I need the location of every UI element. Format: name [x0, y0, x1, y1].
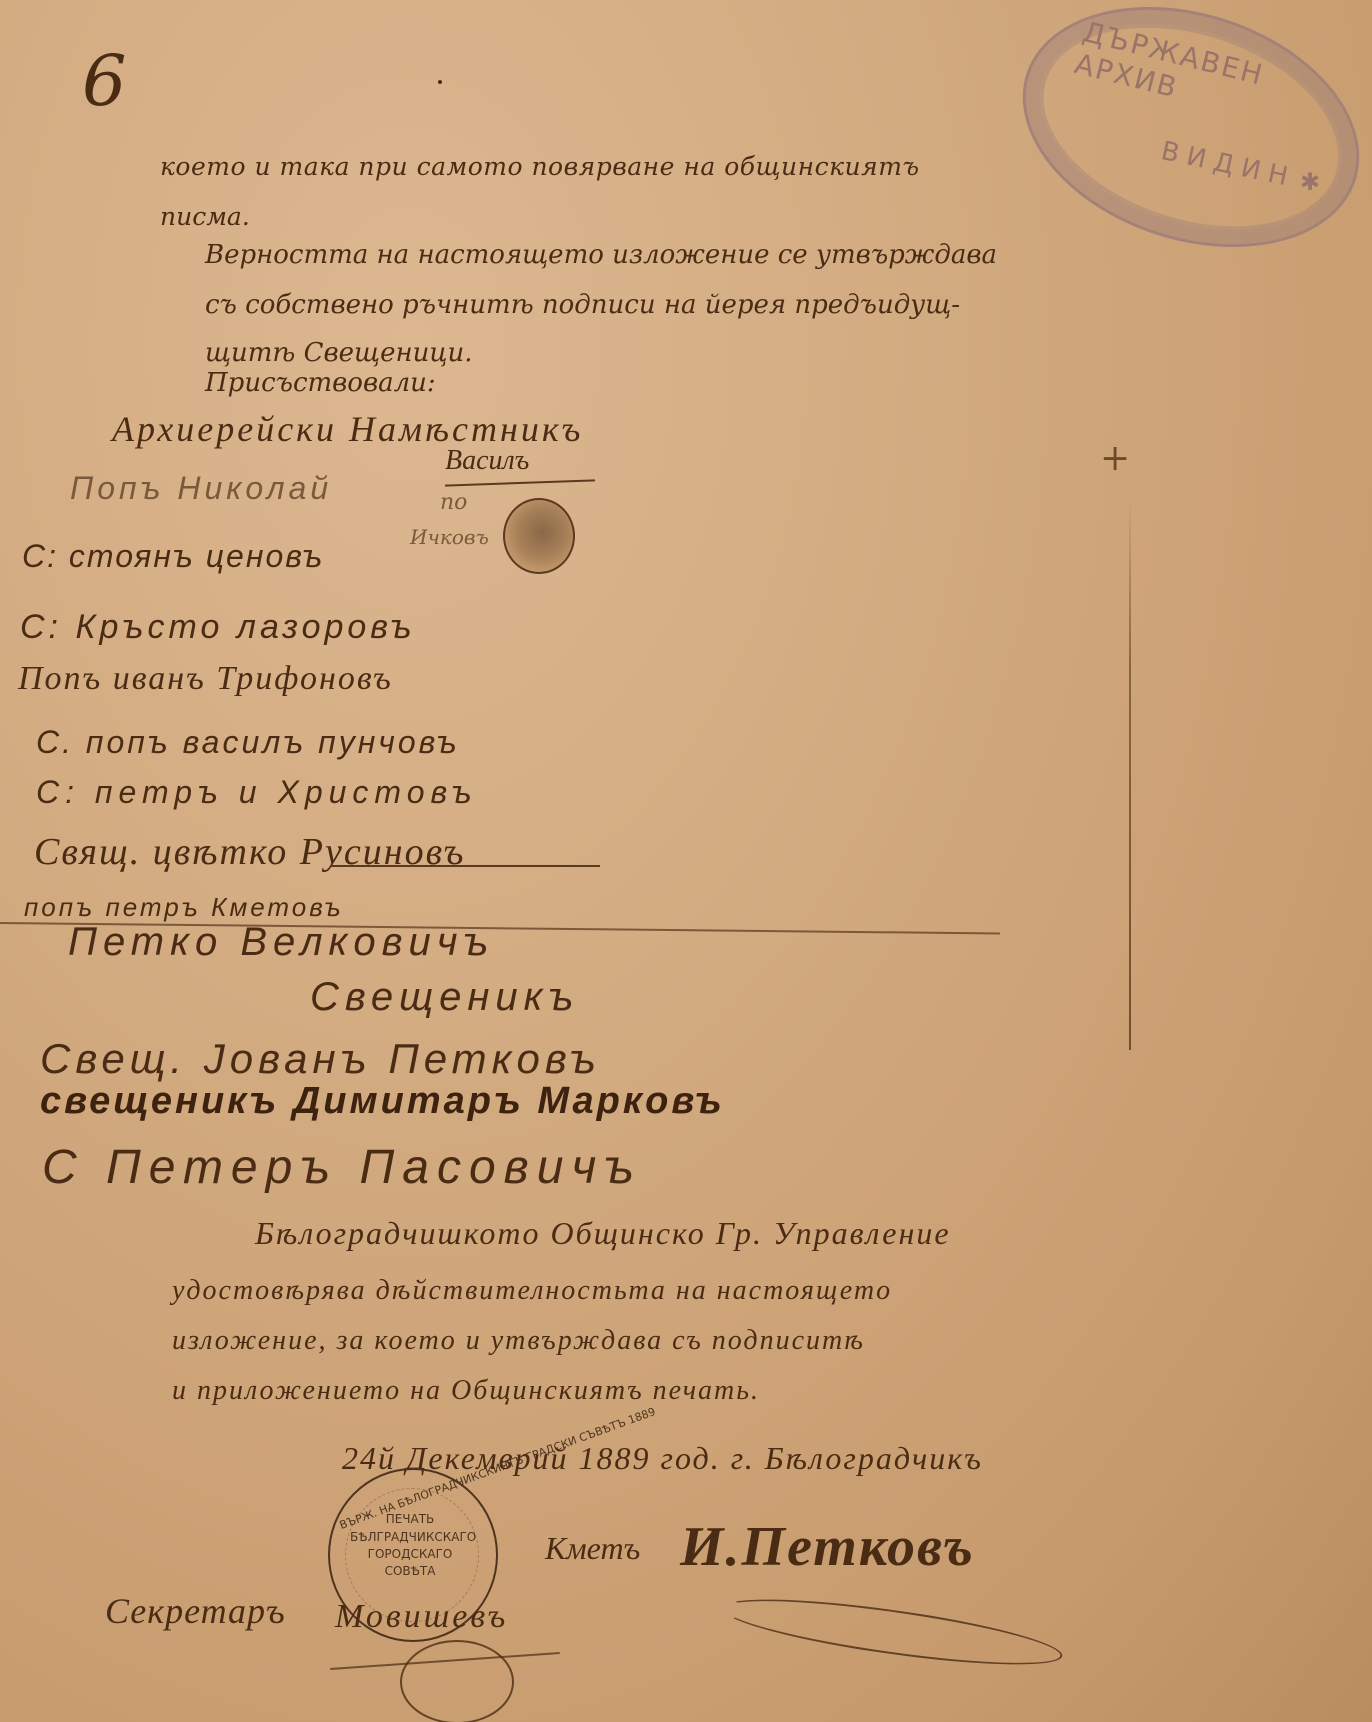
star-icon: ✱ [1300, 168, 1320, 196]
margin-line [1129, 500, 1131, 1050]
body-line: писма. [160, 202, 250, 231]
signature-line: Попъ иванъ Трифоновъ [18, 660, 393, 698]
city-seal-text: СОВѢТА [350, 1564, 470, 1578]
body-line: щитѣ Свещеници. [205, 338, 472, 368]
church-seal-icon [503, 498, 575, 574]
certification-line: удостовѣрява дѣйствителностьта на настоя… [172, 1275, 892, 1307]
present-label: Присъствовали: [205, 368, 436, 398]
signature-line: свещеникъ Димитаръ Марковъ [40, 1080, 725, 1123]
ink-dot [438, 80, 442, 84]
signature-line: С: стоянъ ценовъ [22, 538, 324, 575]
certification-line: Бѣлоградчишкото Общинско Гр. Управление [255, 1215, 951, 1252]
signature-line: Архиерейски Намѣстникъ [112, 408, 583, 450]
underline [330, 865, 600, 867]
body-line: съ собствено ръчнитѣ подписи на йерея пр… [205, 290, 960, 320]
signature-line: Попъ Николай [70, 470, 332, 507]
document-page: 6 ДЪРЖАВЕН АРХИВ ВИДИН ✱ което и така пр… [0, 0, 1372, 1722]
signature-line: С Петеръ Пасовичъ [42, 1140, 642, 1195]
certification-line: и приложението на Общинскиятъ печать. [172, 1375, 760, 1407]
signature-line: Ичковъ [410, 525, 489, 549]
mayor-label: Кметъ [545, 1530, 640, 1567]
secretary-signature: Мовишевъ [335, 1598, 508, 1636]
signature-line: С: Кръсто лазоровъ [20, 608, 416, 647]
underline [445, 479, 595, 486]
body-line: което и така при самото повярване на общ… [160, 152, 920, 181]
page-number: 6 [82, 40, 127, 122]
city-seal-text: ГОРОДСКАГО [350, 1547, 470, 1561]
body-line: Верността на настоящето изложение се утв… [205, 240, 997, 270]
signature-line: Василъ [445, 445, 529, 477]
signature-line: попъ петръ Кметовъ [24, 892, 344, 923]
mayor-signature: И.Петковъ [680, 1515, 975, 1579]
signature-flourish [719, 1586, 1066, 1677]
signature-flourish [400, 1640, 514, 1722]
secretary-label: Секретаръ [105, 1590, 286, 1632]
signature-line: Петко Велковичъ [68, 920, 494, 965]
signature-line: Свещ. Јованъ Петковъ [40, 1035, 601, 1083]
signature-line: С: петръ и Христовъ [36, 774, 478, 811]
city-seal-text: ПЕЧАТЬ [350, 1512, 470, 1526]
city-seal-text: БѢЛГРАДЧИКСКАГО [350, 1530, 470, 1544]
certification-line: изложение, за което и утвърждава съ подп… [172, 1325, 865, 1357]
signature-line: по [440, 490, 467, 515]
signature-line: С. попъ василъ пунчовъ [36, 724, 460, 761]
signature-line: Свящ. цвѣтко Русиновъ [34, 830, 465, 874]
cross-mark-icon: + [1100, 438, 1130, 479]
signature-line: Свещеникъ [310, 975, 579, 1020]
